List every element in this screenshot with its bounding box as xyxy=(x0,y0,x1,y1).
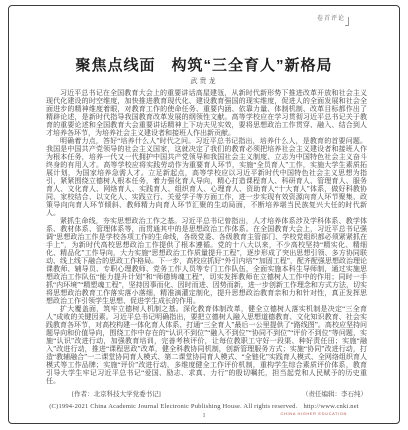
body-paragraph: 紧抓生命线，夯实思想政治工作之基。习近平总书记曾指出，人才培养体系涉及学科体系、… xyxy=(46,217,367,305)
article-title: 聚焦点线面 构筑“三全育人”新格局 xyxy=(9,54,399,75)
copyright-text: (C)1994-2021 China Academic Journal Elec… xyxy=(49,403,297,410)
author-affiliation-note: [作者：北京科技大学党委书记] xyxy=(46,391,161,399)
page-border-frame: 卷首评论 聚焦点线面 构筑“三全育人”新格局 武贵龙 习近平总书记在全国教育大会… xyxy=(8,5,400,424)
scanned-journal-page: 卷首评论 聚焦点线面 构筑“三全育人”新格局 武贵龙 习近平总书记在全国教育大会… xyxy=(0,0,408,430)
cnki-url: http://www.cnki.net xyxy=(303,403,358,410)
footnote-row: [作者：北京科技大学党委书记] （责任编辑：李石纯） xyxy=(46,391,367,399)
column-label: 卷首评论 xyxy=(317,15,349,23)
author-name: 武贵龙 xyxy=(9,76,399,86)
article-body: 习近平总书记在全国教育大会上的重要讲话高屋建瓴，从新时代新形势下推进改革开放和社… xyxy=(46,89,367,385)
journal-english-name: CHINA HIGHER EDUCATION xyxy=(281,411,347,416)
body-paragraph: 习近平总书记在全国教育大会上的重要讲话高屋建瓴，从新时代新形势下推进改革开放和社… xyxy=(46,89,367,137)
cnki-copyright-line: (C)1994-2021 China Academic Journal Elec… xyxy=(9,402,399,411)
responsible-editor-note: （责任编辑：李石纯） xyxy=(302,391,367,399)
body-paragraph: 扩大覆盖面，筑牢立德树人机制之基。深化教育体制改革，健全立德树人落实机制是决定“… xyxy=(46,305,367,385)
body-paragraph: 明确着力点，答好“培养什么人”时代之问。习近平总书记指出，培养什么人，是教育的首… xyxy=(46,137,367,217)
